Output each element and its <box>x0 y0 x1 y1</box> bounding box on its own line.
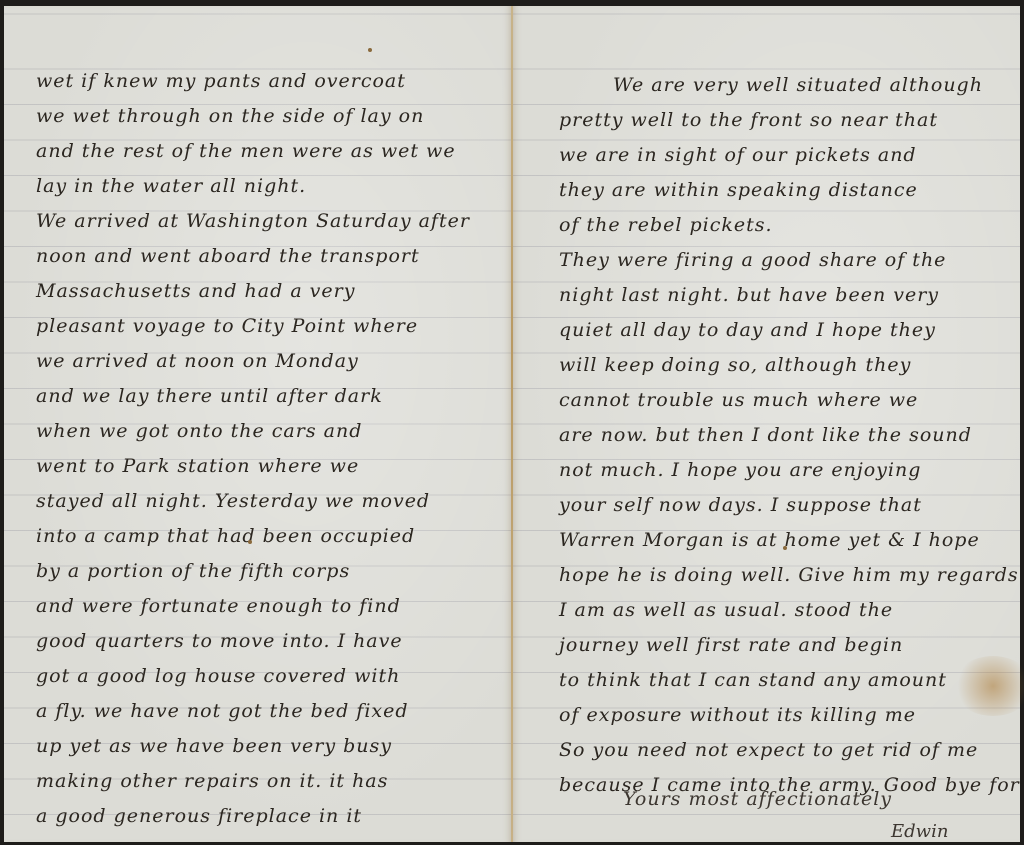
text-line: a good generous fireplace in it <box>4 799 511 834</box>
paper-stain <box>953 656 1024 716</box>
text-line: by a portion of the fifth corps <box>4 554 511 589</box>
text-line: So you need not expect to get rid of me <box>513 733 1020 768</box>
text-line: of the rebel pickets. <box>513 208 1020 243</box>
ink-speck <box>783 546 787 550</box>
text-line: They were firing a good share of the <box>513 243 1020 278</box>
text-line: journey well first rate and begin <box>513 628 1020 663</box>
text-line: stayed all night. Yesterday we moved <box>4 484 511 519</box>
text-line: We are very well situated although <box>513 68 1020 103</box>
left-page-text: wet if knew my pants and overcoat we wet… <box>4 64 511 834</box>
text-line: I am as well as usual. stood the <box>513 593 1020 628</box>
text-line: we arrived at noon on Monday <box>4 344 511 379</box>
text-line: we are in sight of our pickets and <box>513 138 1020 173</box>
text-line: night last night. but have been very <box>513 278 1020 313</box>
text-line: and the rest of the men were as wet we <box>4 134 511 169</box>
text-line: pleasant voyage to City Point where <box>4 309 511 344</box>
text-line: we wet through on the side of lay on <box>4 99 511 134</box>
letter-closing: Yours most affectionately <box>623 788 892 810</box>
text-line: went to Park station where we <box>4 449 511 484</box>
text-line: and were fortunate enough to find <box>4 589 511 624</box>
text-line: into a camp that had been occupied <box>4 519 511 554</box>
letter-spread: wet if knew my pants and overcoat we wet… <box>4 6 1020 842</box>
text-line: and we lay there until after dark <box>4 379 511 414</box>
text-line: wet if knew my pants and overcoat <box>4 64 511 99</box>
ink-speck <box>368 48 372 52</box>
text-line: Massachusetts and had a very <box>4 274 511 309</box>
ink-speck <box>248 540 252 544</box>
text-line: not much. I hope you are enjoying <box>513 453 1020 488</box>
text-line: up yet as we have been very busy <box>4 729 511 764</box>
text-line: quiet all day to day and I hope they <box>513 313 1020 348</box>
text-line: got a good log house covered with <box>4 659 511 694</box>
text-line: your self now days. I suppose that <box>513 488 1020 523</box>
text-line: We arrived at Washington Saturday after <box>4 204 511 239</box>
text-line: good quarters to move into. I have <box>4 624 511 659</box>
text-line: a fly. we have not got the bed fixed <box>4 694 511 729</box>
text-line: Warren Morgan is at home yet & I hope <box>513 523 1020 558</box>
right-page: We are very well situated although prett… <box>513 6 1020 842</box>
text-line: to think that I can stand any amount <box>513 663 1020 698</box>
text-line: cannot trouble us much where we <box>513 383 1020 418</box>
text-line: when we got onto the cars and <box>4 414 511 449</box>
text-line: lay in the water all night. <box>4 169 511 204</box>
left-page: wet if knew my pants and overcoat we wet… <box>4 6 511 842</box>
text-line: of exposure without its killing me <box>513 698 1020 733</box>
text-line: hope he is doing well. Give him my regar… <box>513 558 1020 593</box>
text-line: noon and went aboard the transport <box>4 239 511 274</box>
text-line: pretty well to the front so near that <box>513 103 1020 138</box>
text-line: making other repairs on it. it has <box>4 764 511 799</box>
text-line: are now. but then I dont like the sound <box>513 418 1020 453</box>
text-line: they are within speaking distance <box>513 173 1020 208</box>
text-line: will keep doing so, although they <box>513 348 1020 383</box>
right-page-text: We are very well situated although prett… <box>513 68 1020 803</box>
letter-signature: Edwin <box>891 821 948 842</box>
